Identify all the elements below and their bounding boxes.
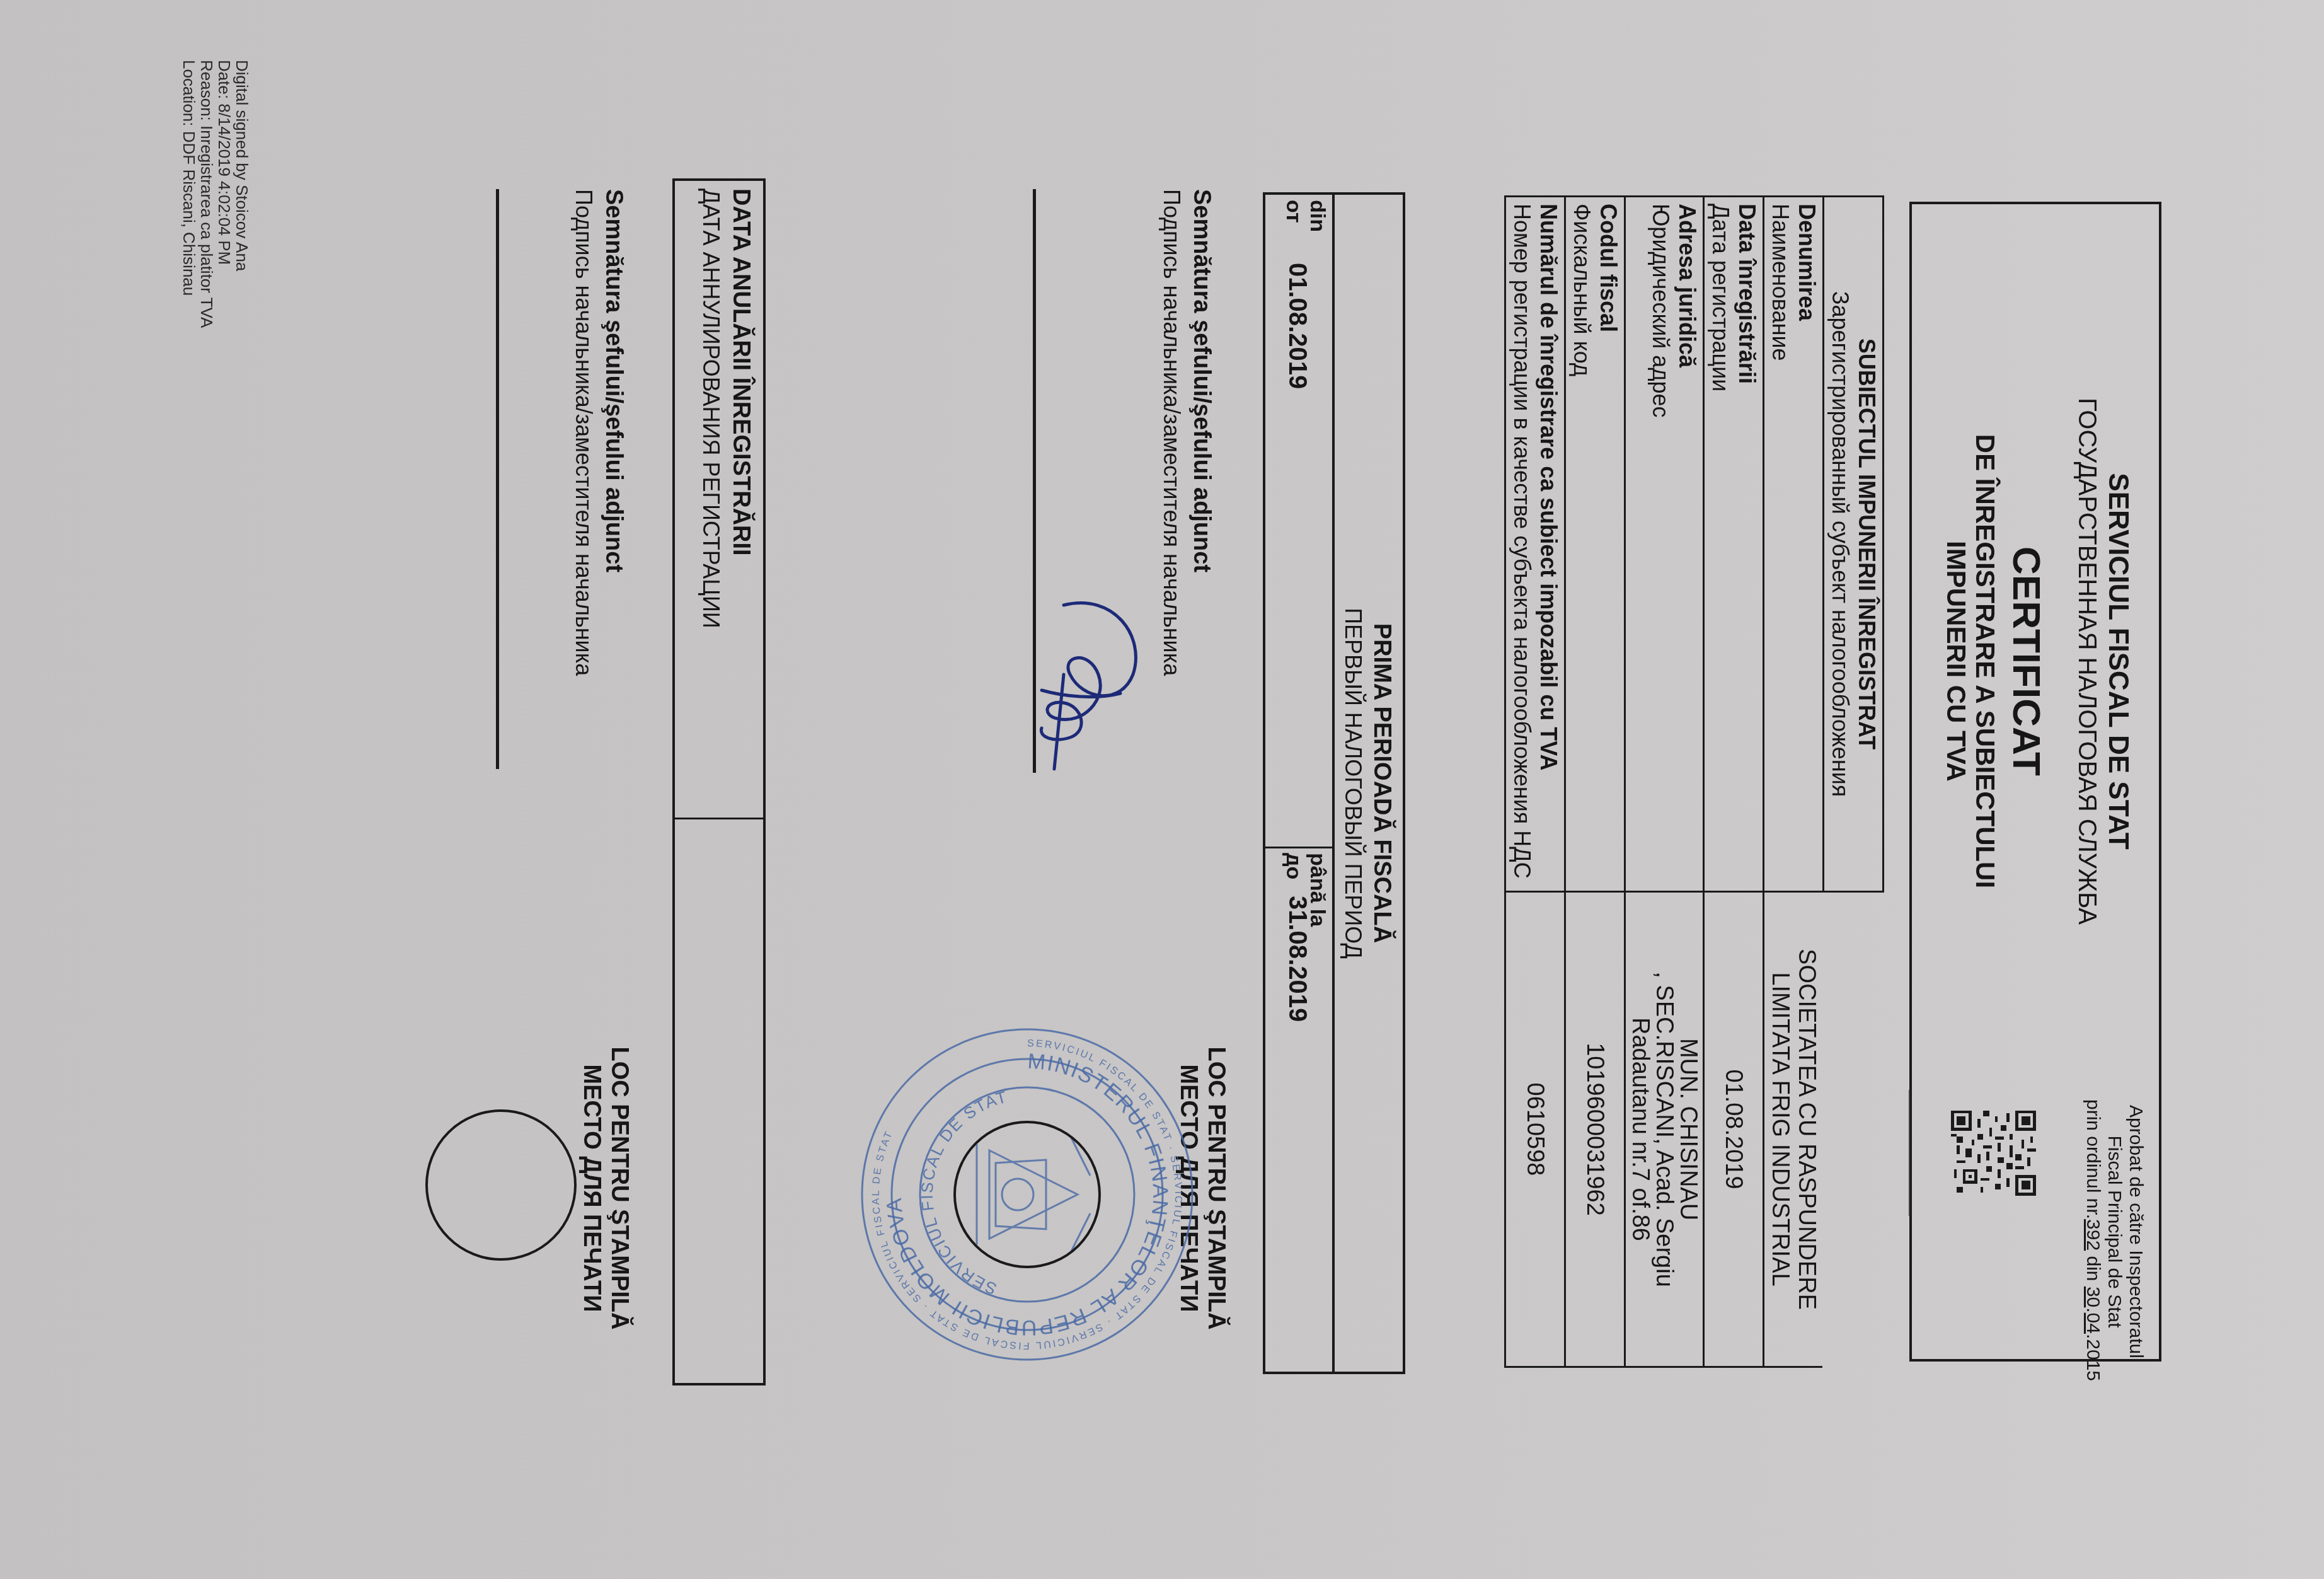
label-ro: Denumirea	[1793, 204, 1820, 884]
stamp2-circle	[425, 1109, 577, 1261]
table-row: Codul fiscal Фискальный код 101960003196…	[1565, 197, 1625, 1367]
label-ru: Юридический адрес	[1647, 204, 1674, 884]
label-ru: Наименование	[1767, 204, 1793, 884]
row-label-name: Denumirea Наименование	[1764, 197, 1824, 892]
agency-name-ru: ГОСУДАРСТВЕННАЯ НАЛОГОВАЯ СЛУЖБА	[2073, 204, 2101, 1118]
row-value-legal-address: MUN. CHISINAU , SEC.RISCANI, Acad. Sergi…	[1625, 892, 1704, 1367]
row-value-vat-number: 0610598	[1505, 892, 1565, 1367]
value-line: 0610598	[1522, 899, 1548, 1360]
period-to-value: 31.08.2019	[1283, 896, 1311, 1022]
document-title: CERTIFICAT	[2004, 204, 2049, 1118]
value-line: 1019600031962	[1582, 899, 1608, 1360]
period-divider	[1332, 195, 1335, 1372]
approval-mid: din	[2083, 1251, 2103, 1287]
order-number: 392	[2083, 1219, 2103, 1251]
table-row: Denumirea Наименование SOCIETATEA CU RAS…	[1764, 197, 1824, 1367]
stamp2-label-ru: МЕСТО ДЛЯ ПЕЧАТИ	[578, 1024, 606, 1352]
row-value-registration-date: 01.08.2019	[1704, 892, 1764, 1367]
approval-prefix: prin ordinul nr.	[2083, 1099, 2103, 1219]
row-label-fiscal-code: Codul fiscal Фискальный код	[1565, 197, 1625, 892]
row-value-name: SOCIETATEA CU RASPUNDERE LIMITATA FRIG I…	[1764, 892, 1824, 1367]
row-label-legal-address: Adresa juridică Юридический адрес	[1625, 197, 1704, 892]
official-seal-icon: SERVICIUL FISCAL DE STAT · SERVICIUL FIS…	[857, 1024, 1197, 1365]
value-line: SOCIETATEA CU RASPUNDERE	[1793, 899, 1820, 1360]
value-line: , SEC.RISCANI, Acad. Sergiu	[1652, 899, 1676, 1360]
table-row: Numărul de înregistrare ca subiect impoz…	[1505, 197, 1565, 1367]
row-label-vat-number: Numărul de înregistrare ca subiect impoz…	[1505, 197, 1565, 892]
order-day: 30	[2083, 1287, 2103, 1307]
period-from-value: 01.08.2019	[1283, 263, 1311, 389]
label-ro: Data înregistrării	[1734, 204, 1760, 884]
signature2-title-ru: Подпись начальника/заместителя начальник…	[570, 189, 597, 676]
period-column-divider	[1263, 847, 1335, 848]
period-title-ro: PRIMA PERIOADĂ FISCALĂ	[1368, 195, 1395, 1372]
table-heading-ru: Зарегистрированный субъект налогообложен…	[1827, 204, 1853, 884]
digital-signature-note: Digital signed by Stoicov Ana Date: 8/14…	[180, 60, 251, 328]
label-ru: Дата регистрации	[1707, 204, 1734, 884]
order-month: 04	[2083, 1313, 2103, 1334]
table-header-cell: SUBIECTUL IMPUNERII ÎNREGISTRAT Зарегист…	[1824, 197, 1884, 892]
signature2-line	[496, 189, 499, 769]
cancellation-box: DATA ANULĂRII ÎNREGISTRĂRII ДАТА АННУЛИР…	[672, 178, 766, 1385]
from-label-ru: от	[1282, 200, 1306, 232]
handwritten-signature-icon	[1032, 580, 1158, 782]
label-ro: Adresa juridică	[1674, 204, 1700, 884]
value-line: Radautanu nr.7 of.86	[1628, 899, 1652, 1360]
header-box: SERVICIUL FISCAL DE STAT ГОСУДАРСТВЕННАЯ…	[1909, 202, 2161, 1362]
signature1-title-ru: Подпись начальника/заместителя начальник…	[1158, 189, 1185, 676]
registered-subject-table: SUBIECTUL IMPUNERII ÎNREGISTRAT Зарегист…	[1504, 195, 1884, 1368]
row-label-registration-date: Data înregistrării Дата регистрации	[1704, 197, 1764, 892]
approval-line2: Fiscal Principal de Stat	[2103, 1099, 2125, 1364]
agency-name-ro: SERVICIUL FISCAL DE STAT	[2102, 204, 2134, 1118]
cancellation-title-ru: ДАТА АННУЛИРОВАНИЯ РЕГИСТРАЦИИ	[698, 188, 724, 628]
label-ro: Codul fiscal	[1595, 204, 1621, 884]
table-header-blank	[1824, 892, 1884, 1367]
first-period-box: PRIMA PERIOADĂ FISCALĂ ПЕРВЫЙ НАЛОГОВЫЙ …	[1263, 192, 1405, 1374]
label-ru: Номер регистрации в качестве субъекта на…	[1509, 204, 1535, 884]
table-heading-ro: SUBIECTUL IMPUNERII ÎNREGISTRAT	[1853, 204, 1880, 884]
from-label-ro: din	[1306, 200, 1330, 232]
document-subtitle-line2: IMPUNERII CU TVA	[1941, 204, 1971, 1118]
digital-date: Date: 8/14/2019 4:02:04 PM	[216, 60, 233, 328]
table-row: Data înregistrării Дата регистрации 01.0…	[1704, 197, 1764, 1367]
signature2-title-ro: Semnătura şefului/şefului adjunct	[600, 189, 627, 572]
qr-code-icon	[1951, 1109, 2036, 1197]
order-year: .2015	[2083, 1334, 2103, 1381]
value-line: LIMITATA FRIG INDUSTRIAL	[1767, 899, 1793, 1360]
approval-note: Aprobat de către Inspectoratul Fiscal Pr…	[2082, 1099, 2146, 1364]
stamp1-label-ro: LOC PENTRU ŞTAMPILĂ	[1202, 1024, 1230, 1352]
signature1-title-ro: Semnătura şefului/şefului adjunct	[1188, 189, 1215, 572]
approval-line3: prin ordinul nr.392 din 30.04.2015	[2082, 1099, 2103, 1364]
label-ru: Фискальный код	[1568, 204, 1595, 884]
stamp2-label-ro: LOC PENTRU ŞTAMPILĂ	[606, 1024, 633, 1352]
digital-location: Location: DDF Riscani, Chisinau	[180, 60, 198, 328]
period-from-label: din от	[1282, 200, 1330, 232]
cancellation-divider	[675, 818, 763, 819]
value-line: MUN. CHISINAU	[1676, 899, 1700, 1360]
cancellation-title-ro: DATA ANULĂRII ÎNREGISTRĂRII	[727, 188, 754, 556]
label-ro: Numărul de înregistrare ca subiect impoz…	[1535, 204, 1562, 884]
table-row: Adresa juridică Юридический адрес MUN. C…	[1625, 197, 1704, 1367]
approval-line1: Aprobat de către Inspectoratul	[2125, 1099, 2146, 1364]
document-subtitle-line1: DE ÎNREGISTRARE A SUBIECTULUI	[1970, 204, 2000, 1118]
qr-underline	[1909, 1090, 1910, 1216]
digital-reason: Reason: Inregistrarea ca platitor TVA	[198, 60, 216, 328]
digital-signed-by: Digital signed by Stoicov Ana	[233, 60, 251, 328]
value-line: 01.08.2019	[1720, 899, 1747, 1360]
table-header-row: SUBIECTUL IMPUNERII ÎNREGISTRAT Зарегист…	[1824, 197, 1884, 1367]
certificate-page: SERVICIUL FISCAL DE STAT ГОСУДАРСТВЕННАЯ…	[0, 0, 2324, 1579]
row-value-fiscal-code: 1019600031962	[1565, 892, 1625, 1367]
stamp2-label: LOC PENTRU ŞTAMPILĂ МЕСТО ДЛЯ ПЕЧАТИ	[578, 1024, 633, 1352]
period-title-ru: ПЕРВЫЙ НАЛОГОВЫЙ ПЕРИОД	[1340, 195, 1366, 1372]
